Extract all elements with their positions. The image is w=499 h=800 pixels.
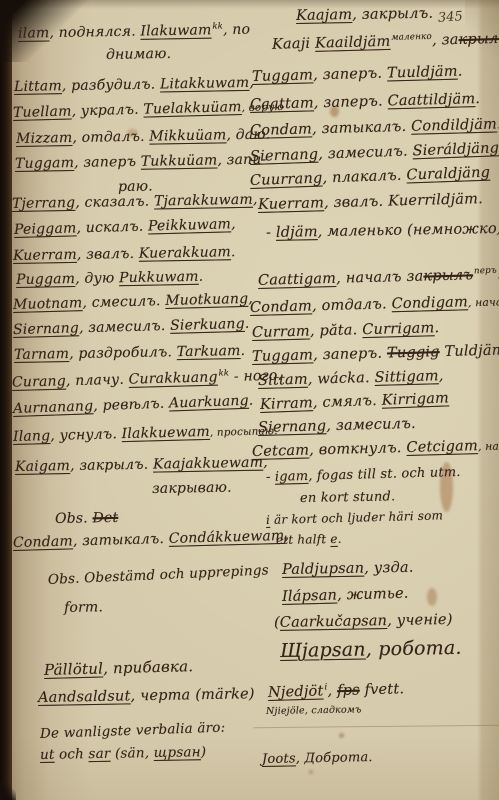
lemma-word: Caarkučapsan: [280, 613, 388, 631]
gloss-text: , воткнулъ.: [309, 440, 407, 459]
manuscript-line: Condam, затыкалъ. Condildjäm.: [250, 116, 499, 139]
right-column: Kaajam, закрылъ.Kaaji Kaaildjämмаленко, …: [0, 0, 499, 800]
lemma-word: Condam: [250, 121, 312, 139]
lemma-word: Kirrigam: [381, 390, 449, 408]
lemma-word: Sittigam: [374, 368, 439, 386]
lemma-word: Siernang: [250, 147, 319, 165]
gloss-text: крылъ: [458, 31, 499, 48]
manuscript-line: Condam, отдалъ. Condigam, нача.: [250, 293, 499, 316]
lemma-word: Kaaildjäm: [315, 34, 391, 52]
gloss-text: крылъ: [423, 267, 473, 284]
lemma-word: Joots: [262, 751, 296, 767]
gloss-text: Kuerrildjäm.: [388, 191, 483, 209]
gloss-text: , за: [432, 32, 459, 49]
manuscript-line: ett halft e.: [276, 532, 342, 547]
manuscript-line: Caattam, заперъ. Caattildjäm.: [250, 91, 481, 113]
lemma-word: Tuggam: [252, 67, 314, 85]
gloss-text: , рăta.: [310, 322, 363, 339]
manuscript-line: i är kort och ljuder häri som: [266, 508, 443, 527]
gloss-text: , Доброта.: [296, 750, 373, 766]
manuscript-line: - igam, fogas till st. och utm.: [266, 465, 461, 485]
lemma-word: Kuerram: [258, 195, 324, 213]
lemma-word: Siernang: [258, 418, 327, 436]
gloss-text: är kort och ljuder häri som: [270, 508, 443, 527]
gloss-text: , закрылъ.: [352, 6, 433, 23]
lemma-word: Kaajam: [296, 7, 352, 24]
manuscript-line: Ilápsan, житье.: [282, 586, 409, 605]
gloss-text: fps: [337, 682, 360, 699]
gloss-text: , маленько (немножко): [318, 221, 499, 240]
gloss-text: , узда.: [364, 560, 414, 577]
gloss-text: .: [434, 320, 439, 336]
gloss-text: , замесилъ.: [318, 143, 413, 162]
lemma-word: Cetcam: [252, 443, 310, 460]
gloss-text: .: [475, 91, 480, 107]
gloss-text: ett halft: [276, 532, 331, 547]
lemma-word: Curaldjäng: [406, 165, 490, 184]
lemma-word: igam: [275, 469, 309, 485]
gloss-text: -: [266, 225, 276, 241]
gloss-text: .: [338, 532, 342, 546]
gloss-text: , затыкалъ.: [312, 119, 412, 138]
manuscript-line: Kuerram, звалъ. Kuerrildjäm.: [258, 191, 483, 213]
lemma-word: Tuggam: [252, 347, 314, 365]
lemma-word: Kirram: [260, 395, 313, 413]
gloss-text: ,: [439, 368, 444, 384]
manuscript-line: Paldjupsan, узда.: [282, 560, 414, 578]
gloss-text: Tuldjäm: [439, 342, 499, 360]
lemma-word: Njedjöt: [268, 683, 324, 700]
gloss-text: , отдалъ.: [312, 296, 392, 314]
gloss-text: , робота.: [366, 637, 462, 661]
lemma-word: Ilápsan: [282, 588, 338, 605]
lemma-word: Sittam: [258, 372, 308, 389]
manuscript-line: Kaaji Kaaildjämмаленко, закрылъ.: [272, 30, 499, 53]
gloss-text: , началъ за: [336, 268, 424, 286]
manuscript-line: Tuggam, заперъ. Tuuldjäm.: [252, 63, 463, 85]
manuscript-line: Siernang, замесилъ. Sieráldjäng: [250, 140, 499, 165]
gloss-text: , заперъ.: [314, 93, 388, 111]
lemma-word: ldjäm: [276, 224, 318, 241]
gloss-text: Kaaji: [272, 36, 315, 53]
gloss-text: ,: [327, 683, 337, 699]
gloss-text: , звалъ.: [324, 194, 389, 212]
manuscript-line: Njedjöti, fps fvett.: [268, 680, 405, 700]
gloss-text: .: [458, 63, 463, 79]
manuscript-line: Kaajam, закрылъ.: [296, 6, 434, 24]
manuscript-line: Sittam, wácka. Sittigam,: [258, 368, 444, 389]
lemma-word: Caattildjäm: [387, 91, 475, 109]
lemma-word: Tuuldjäm: [387, 64, 458, 82]
manuscript-line: (Caarkučapsan, ученіе): [274, 612, 453, 631]
gloss-text: , fogas till st. och utm.: [308, 465, 461, 484]
lemma-word: Caattam: [250, 95, 314, 113]
lemma-word: Condildjäm: [411, 117, 497, 135]
manuscript-page: 345 ilam, поднялся. Ilakuwamkk, поднимаю…: [0, 0, 499, 800]
gloss-text: fvett.: [360, 681, 405, 698]
gloss-text: , нача.: [478, 439, 499, 453]
gloss-text: Njiejöle, сладкомъ: [266, 704, 362, 717]
lemma-word: Sieráldjäng: [412, 140, 499, 159]
lemma-word: Cuurrang: [250, 170, 323, 189]
lemma-word: Condam: [250, 298, 312, 316]
gloss-text: , нача.: [468, 295, 499, 309]
gloss-text: , заперъ.: [313, 345, 387, 363]
lemma-word: Cetcigam: [406, 438, 478, 456]
gloss-text: Tuggig: [387, 344, 440, 361]
gloss-text: -: [266, 470, 275, 485]
lemma-word: Caattigam: [258, 271, 337, 289]
manuscript-line: en kort stund.: [300, 489, 396, 506]
manuscript-line: - ldjäm, маленько (немножко): [266, 221, 499, 241]
gloss-text: , wácka.: [308, 370, 375, 388]
manuscript-line: Cuurrang, плакалъ. Curaldjäng: [250, 165, 491, 189]
manuscript-line: Kirram, смялъ. Kirrigam: [260, 390, 450, 413]
manuscript-line: Cetcam, воткнулъ. Cetcigam, нача.: [252, 437, 499, 460]
gloss-text: , ученіе): [387, 612, 453, 629]
lemma-word: Condigam: [391, 294, 468, 312]
gloss-text: , заперъ.: [313, 65, 387, 83]
gloss-text: маленко: [391, 32, 432, 43]
manuscript-line: Tuggam, заперъ. Tuggig Tuldjäm: [252, 342, 499, 365]
gloss-text: , замесилъ.: [326, 416, 416, 434]
gloss-text: , смялъ.: [313, 393, 382, 411]
manuscript-line: Njiejöle, сладкомъ: [266, 704, 362, 717]
lemma-word: Curram: [252, 323, 310, 341]
lemma-word: Щjapsan: [280, 639, 366, 662]
manuscript-line: Caattigam, началъ закрылъперъ.: [258, 266, 499, 289]
manuscript-line: Щjapsan, робота.: [280, 637, 462, 662]
gloss-text: en kort stund.: [300, 489, 396, 506]
gloss-text: перъ: [474, 266, 497, 277]
manuscript-line: Siernang, замесилъ.: [258, 416, 416, 436]
manuscript-line: Curram, рăta. Currigam.: [252, 320, 440, 341]
manuscript-line: Joots, Доброта.: [262, 750, 373, 767]
lemma-word: Paldjupsan: [282, 561, 364, 578]
gloss-text: , плакалъ.: [322, 168, 407, 187]
gloss-text: , житье.: [337, 586, 409, 604]
lemma-word: Currigam: [362, 320, 435, 338]
